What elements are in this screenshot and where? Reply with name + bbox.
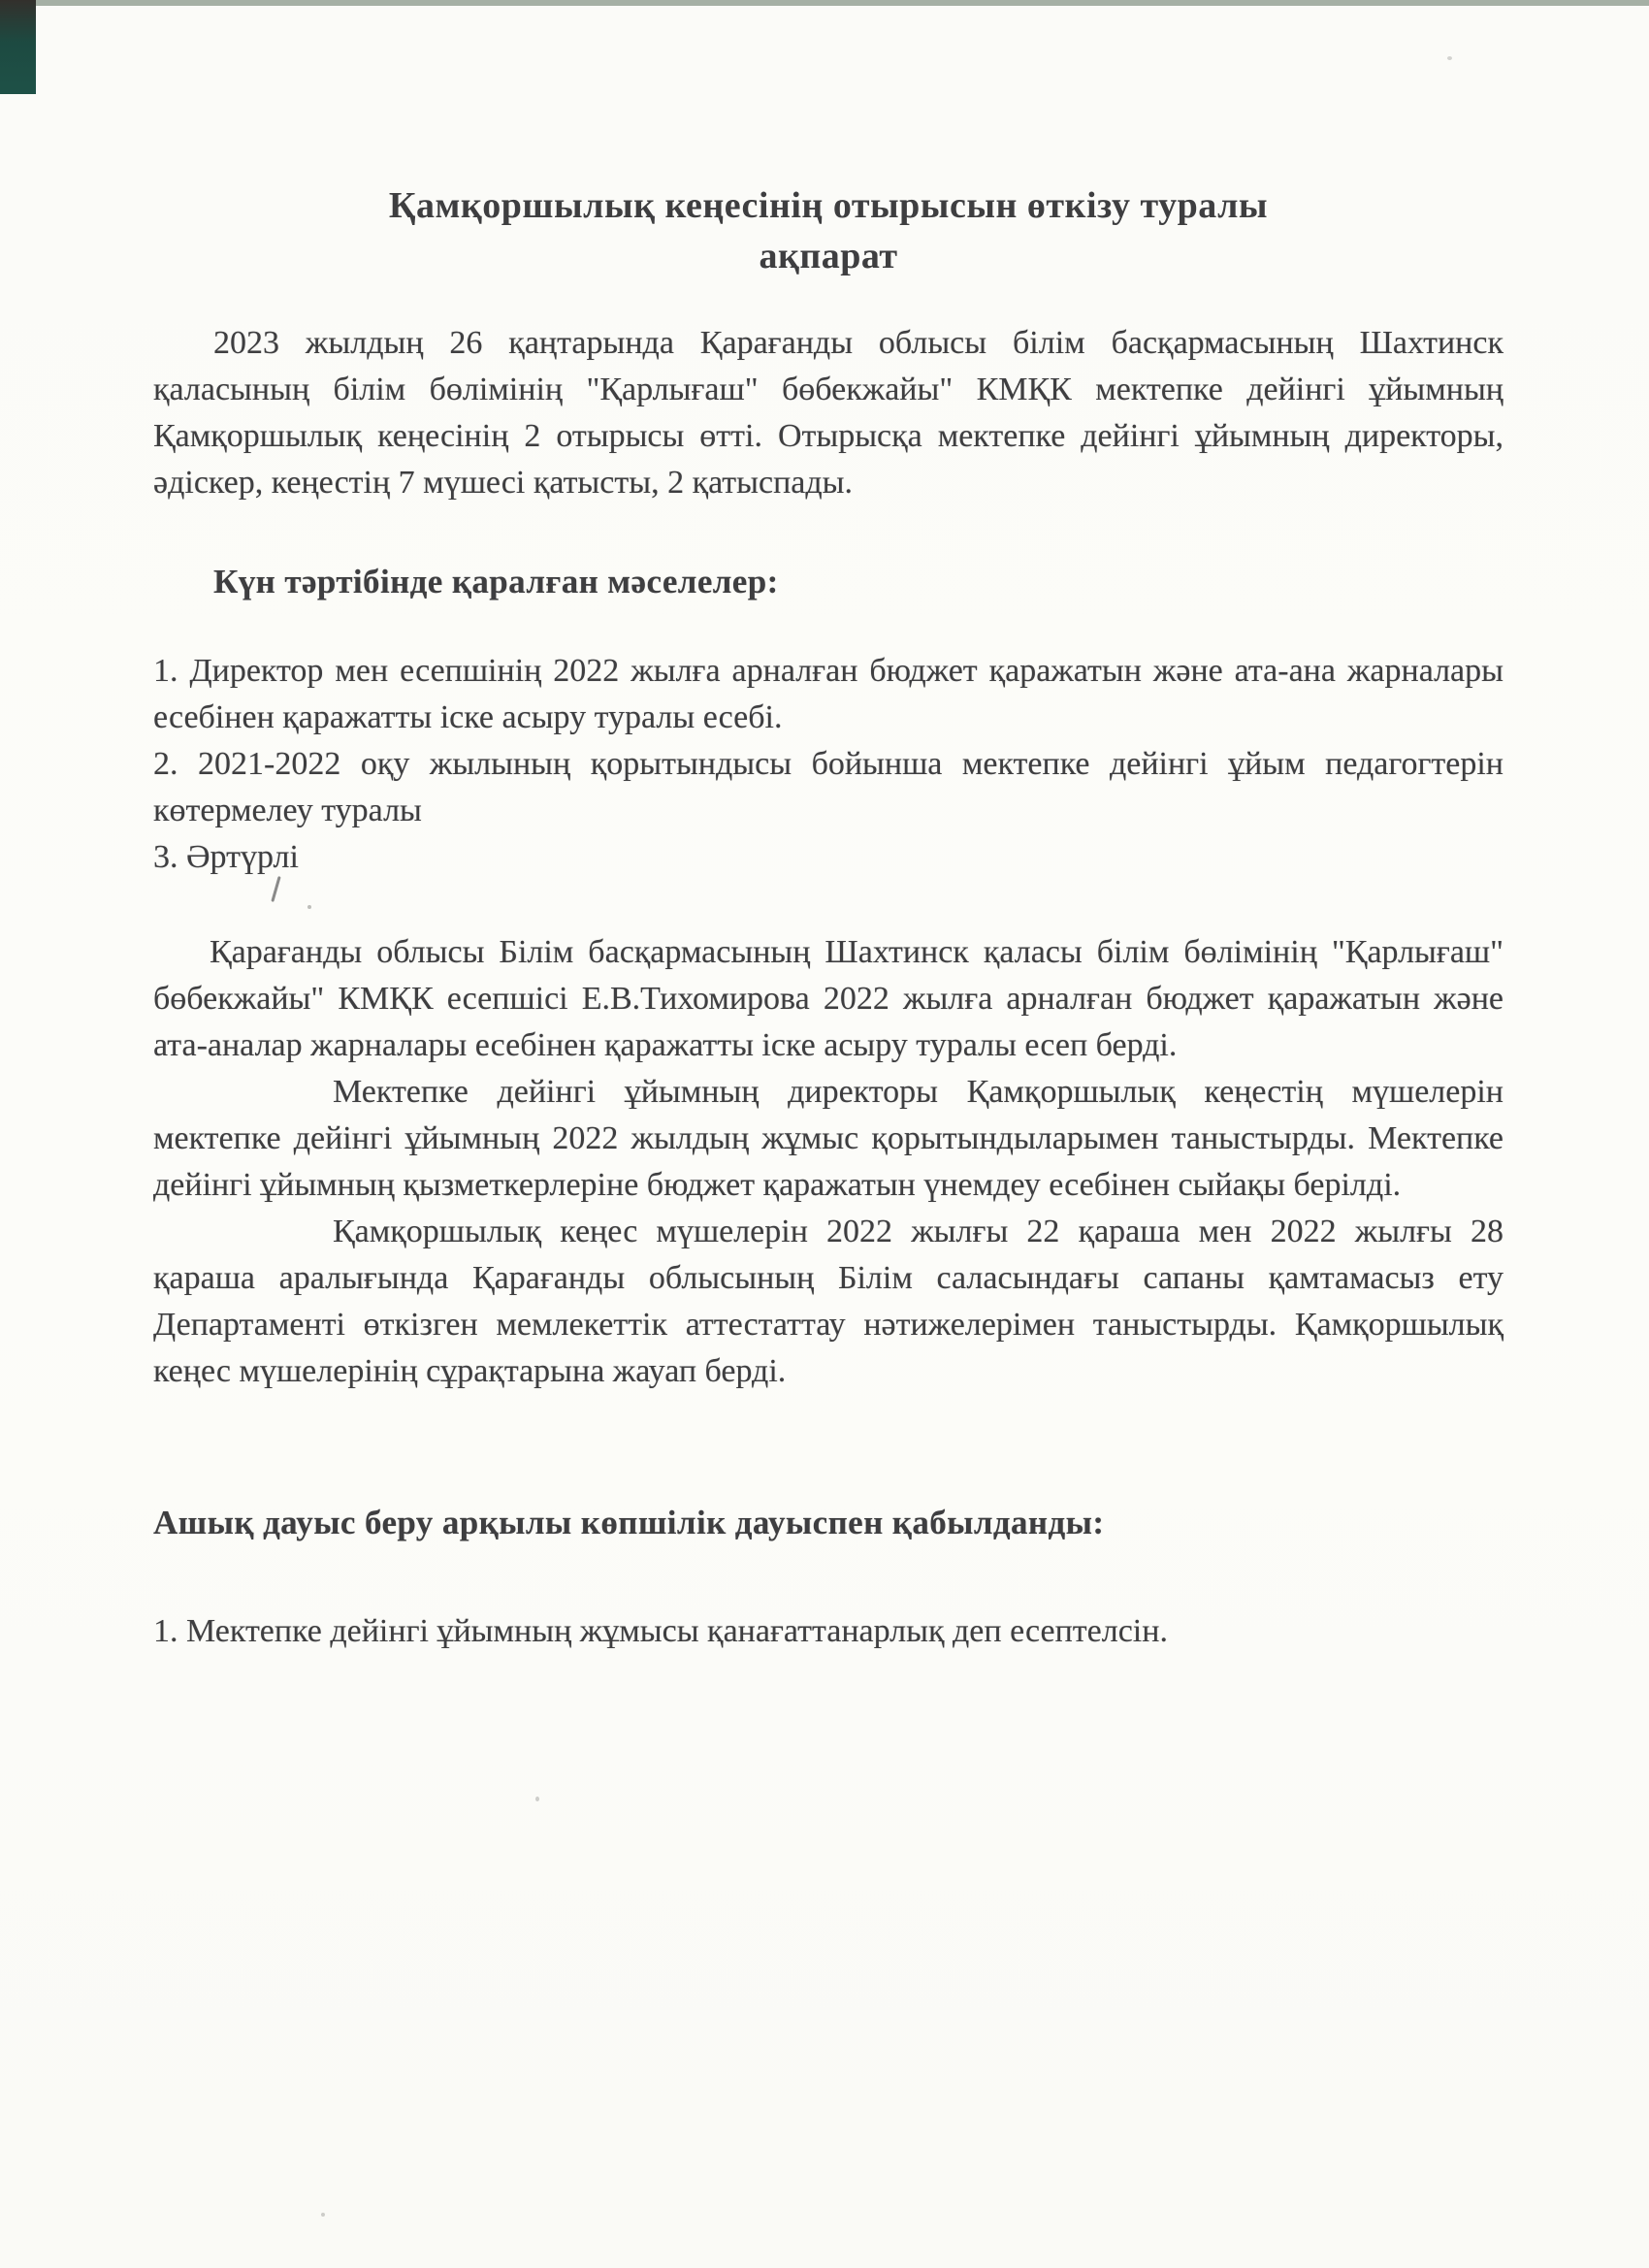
agenda-item: 2. 2021-2022 оқу жылының қорытындысы бой… [153, 741, 1503, 834]
document-title-line1: Қамқоршылық кеңесінің отырысын өткізу ту… [153, 180, 1503, 231]
agenda-heading: Күн тәртібінде қаралған мәселелер: [153, 559, 1503, 605]
body-paragraph: Мектепке дейінгі ұйымның директоры Қамқо… [153, 1069, 1503, 1209]
agenda-item: 1. Директор мен есепшінің 2022 жылға арн… [153, 648, 1503, 741]
decision-heading: Ашық дауыс беру арқылы көпшілік дауыспен… [153, 1500, 1503, 1546]
body-paragraph: Қамқоршылық кеңес мүшелерін 2022 жылғы 2… [153, 1209, 1503, 1395]
scan-corner-mark [0, 0, 36, 94]
report-body: Қарағанды облысы Білім басқармасының Шах… [153, 929, 1503, 1395]
document-content: Қамқоршылық кеңесінің отырысын өткізу ту… [153, 0, 1503, 1688]
document-title-line2: ақпарат [153, 231, 1503, 281]
agenda-item: 3. Әртүрлі [153, 834, 1503, 881]
scanned-document-page: Қамқоршылық кеңесінің отырысын өткізу ту… [0, 0, 1649, 2268]
decision-item: 1. Мектепке дейінгі ұйымның жұмысы қанағ… [153, 1608, 1503, 1655]
body-paragraph: Қарағанды облысы Білім басқармасының Шах… [153, 929, 1503, 1069]
scan-speck [1447, 56, 1452, 60]
document-title: Қамқоршылық кеңесінің отырысын өткізу ту… [153, 180, 1503, 281]
scan-speck [307, 905, 311, 909]
scan-speck [535, 1797, 539, 1801]
intro-paragraph: 2023 жылдың 26 қаңтарында Қарағанды облы… [153, 320, 1503, 506]
agenda-list: 1. Директор мен есепшінің 2022 жылға арн… [153, 648, 1503, 881]
scan-speck [321, 2213, 325, 2217]
